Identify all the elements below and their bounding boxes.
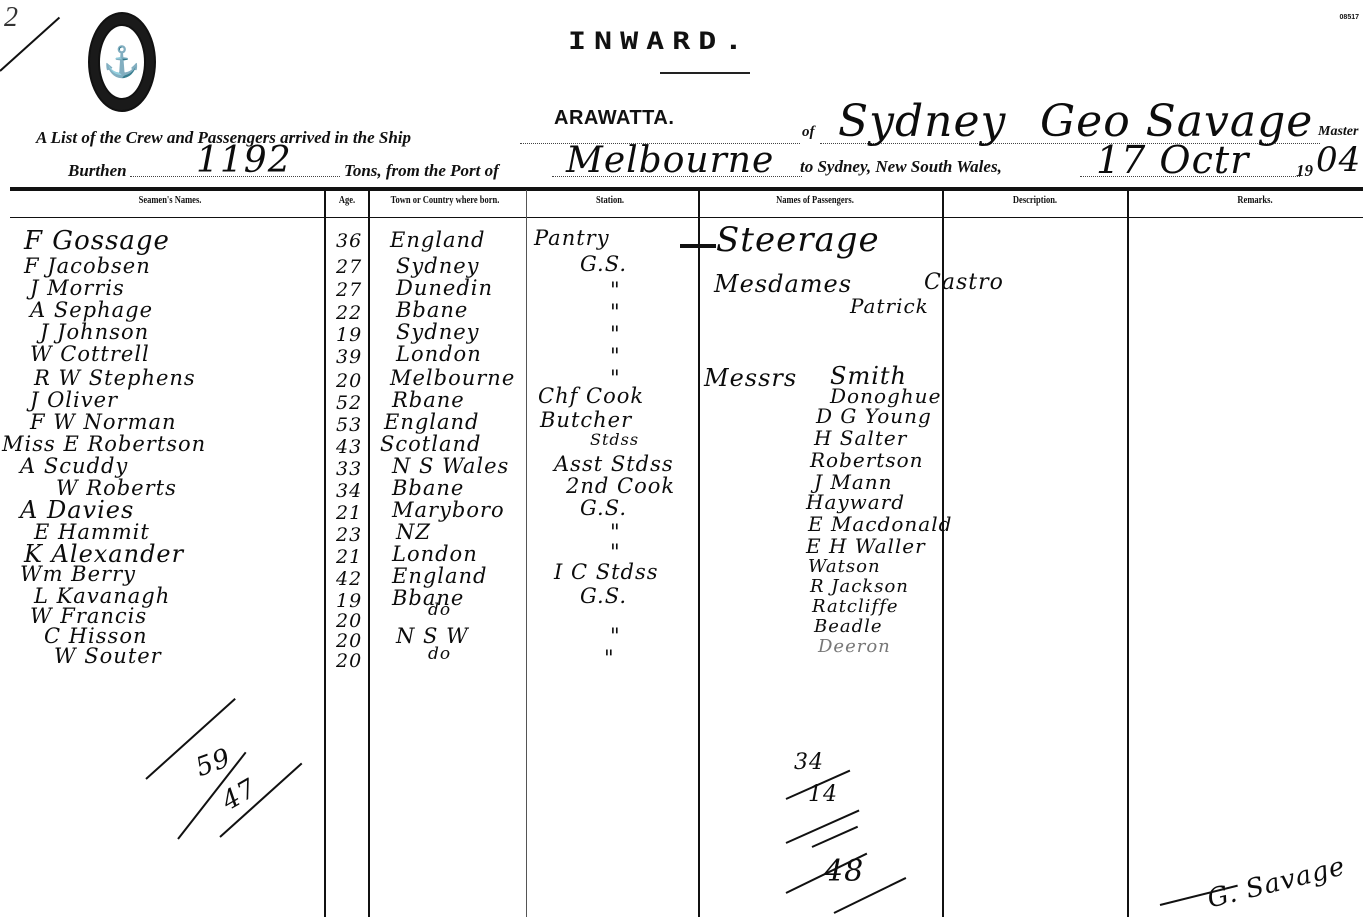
seaman-born: Maryboro: [392, 498, 505, 522]
seaman-station: ": [610, 300, 621, 324]
seaman-born: N S Wales: [392, 454, 509, 478]
seaman-station: ": [610, 278, 621, 302]
seaman-name: J Johnson: [40, 320, 149, 344]
seaman-age: 19: [336, 590, 362, 612]
header-bottom-rule: [10, 217, 1363, 218]
master-label: Master: [1318, 124, 1358, 140]
seaman-born: Scotland: [380, 432, 481, 456]
seaman-born: NZ: [396, 520, 431, 544]
seaman-born: England: [384, 410, 480, 434]
seaman-age: 21: [336, 502, 362, 524]
seaman-born: Sydney: [396, 320, 480, 344]
seaman-name: F Jacobsen: [24, 254, 151, 278]
steerage-connector: [680, 244, 716, 248]
seaman-age: 34: [336, 480, 362, 502]
document-number: 08517: [1340, 14, 1359, 21]
year-prefix: 19: [1296, 161, 1313, 181]
master-signature: G. Savage: [1204, 851, 1348, 914]
seaman-station: G.S.: [580, 252, 627, 276]
year-suffix: 04: [1316, 140, 1361, 180]
seaman-name: F Gossage: [24, 226, 170, 256]
seaman-age: 36: [336, 230, 362, 252]
seaman-born: London: [396, 342, 482, 366]
seaman-age: 52: [336, 392, 362, 414]
seaman-name: Miss E Robertson: [2, 432, 206, 456]
seaman-name: A Sephage: [30, 298, 153, 322]
passenger-name: D G Young: [816, 404, 932, 428]
col-divider-remarks: [1127, 190, 1129, 917]
corner-mark: 2: [4, 2, 18, 34]
seaman-name: A Scuddy: [20, 454, 128, 478]
seaman-born: Melbourne: [390, 366, 515, 390]
seaman-born: do: [428, 644, 451, 664]
passenger-name: Robertson: [810, 448, 924, 472]
seaman-station: G.S.: [580, 496, 627, 520]
seaman-born: Bbane: [392, 476, 464, 500]
seaman-station: Chf Cook: [538, 384, 644, 408]
home-port-value: Sydney: [838, 96, 1006, 147]
seaman-age: 20: [336, 630, 362, 652]
tally-slash: [786, 810, 860, 844]
burthen-label: Burthen: [68, 161, 127, 181]
passenger-name: Ratcliffe: [812, 596, 899, 617]
seaman-age: 42: [336, 568, 362, 590]
seaman-station: Asst Stdss: [554, 452, 674, 476]
seaman-station: I C Stdss: [554, 560, 659, 584]
seaman-name: W Cottrell: [30, 342, 150, 366]
seaman-age: 21: [336, 546, 362, 568]
date-value: 17 Octr: [1096, 138, 1249, 182]
seaman-name: J Morris: [30, 276, 125, 300]
seaman-station: Stdss: [590, 430, 639, 449]
column-header-born: Town or Country where born.: [373, 195, 518, 206]
seaman-born: do: [428, 600, 451, 620]
seaman-born: London: [392, 542, 478, 566]
column-header-station: Station.: [568, 195, 653, 206]
seaman-born: Sydney: [396, 254, 480, 278]
seaman-station: G.S.: [580, 584, 627, 608]
col-divider-description: [942, 190, 944, 917]
seaman-age: 27: [336, 279, 362, 301]
seaman-station: 2nd Cook: [566, 474, 675, 498]
seaman-born: Dunedin: [396, 276, 493, 300]
seaman-age: 23: [336, 524, 362, 546]
seaman-name: J Oliver: [30, 388, 118, 412]
title-rule: [660, 72, 750, 74]
seaman-age: 22: [336, 302, 362, 324]
passenger-tally-a: 34: [794, 750, 824, 775]
table-top-rule: [10, 187, 1363, 191]
passenger-name: Patrick: [850, 294, 929, 318]
col-divider-station: [526, 190, 527, 917]
col-divider-passengers: [698, 190, 700, 917]
col-divider-age: [324, 190, 326, 917]
crew-tally-top: 59: [192, 743, 235, 783]
page-title: INWARD.: [568, 28, 750, 56]
of-label: of: [802, 124, 815, 141]
seaman-age: 39: [336, 346, 362, 368]
passenger-name: E Macdonald: [808, 512, 952, 536]
passenger-title: Mesdames: [714, 270, 852, 298]
seaman-age: 20: [336, 370, 362, 392]
anchor-icon: ⚓: [98, 24, 146, 100]
seaman-age: 53: [336, 414, 362, 436]
tons-label: Tons, from the Port of: [344, 161, 499, 181]
passenger-name: Watson: [808, 556, 881, 577]
seaman-name: F W Norman: [30, 410, 177, 434]
seaman-station: Butcher: [540, 408, 632, 432]
passenger-name: R Jackson: [810, 576, 909, 597]
seaman-name: W Souter: [54, 644, 162, 668]
shipping-office-stamp: ⚓: [88, 12, 156, 112]
seaman-station: Pantry: [534, 226, 610, 250]
column-header-age: Age.: [329, 195, 365, 206]
passenger-tally-b: 14: [808, 782, 838, 807]
seaman-age: 43: [336, 436, 362, 458]
seaman-name: R W Stephens: [34, 366, 196, 390]
seaman-name: Wm Berry: [20, 562, 136, 586]
passenger-tally-total: 48: [824, 854, 864, 889]
passenger-name: E H Waller: [806, 534, 926, 558]
passenger-name: Deeron: [818, 636, 891, 657]
passenger-name: Castro: [924, 270, 1004, 295]
col-divider-born: [368, 190, 370, 917]
seaman-born: Bbane: [396, 298, 468, 322]
seaman-age: 20: [336, 610, 362, 632]
seaman-born: England: [390, 228, 486, 252]
ship-name: ARAWATTA.: [554, 107, 674, 130]
column-header-remarks: Remarks.: [1208, 195, 1302, 206]
seaman-age: 33: [336, 458, 362, 480]
seaman-age: 19: [336, 324, 362, 346]
to-label: to Sydney, New South Wales,: [800, 157, 1002, 177]
passenger-title: Messrs: [704, 364, 797, 392]
column-header-seamen: Seamen's Names.: [119, 195, 221, 206]
seaman-age: 27: [336, 256, 362, 278]
passenger-name: H Salter: [814, 426, 907, 450]
seaman-station: ": [604, 646, 615, 670]
seaman-born: England: [392, 564, 488, 588]
seaman-station: ": [610, 344, 621, 368]
passenger-name: Beadle: [814, 616, 883, 637]
burthen-value: 1192: [196, 140, 292, 181]
seaman-age: 20: [336, 650, 362, 672]
from-port-value: Melbourne: [566, 140, 774, 181]
passenger-name: Hayward: [806, 490, 905, 514]
seaman-station: ": [610, 624, 621, 648]
column-header-description: Description.: [988, 195, 1082, 206]
seaman-born: Rbane: [392, 388, 465, 412]
column-header-passengers: Names of Passengers.: [760, 195, 871, 206]
passenger-class-label: Steerage: [716, 220, 880, 260]
seaman-station: ": [610, 322, 621, 346]
